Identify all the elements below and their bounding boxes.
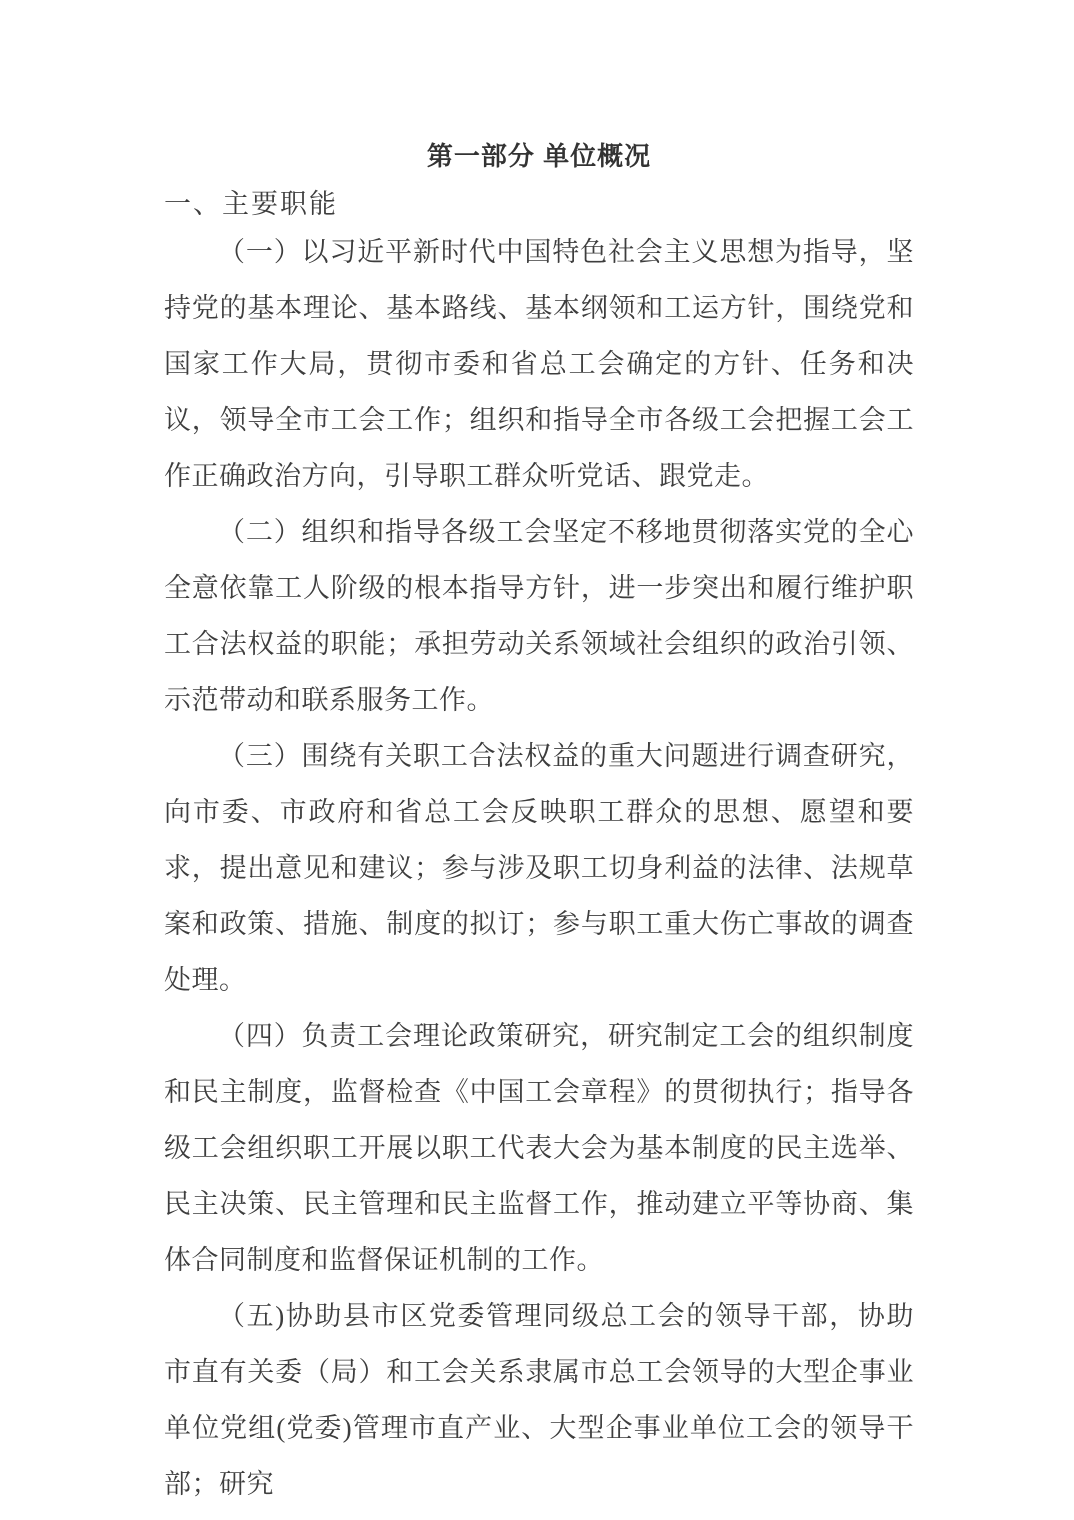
paragraph-function-1: （一）以习近平新时代中国特色社会主义思想为指导，坚持党的基本理论、基本路线、基本… <box>164 224 914 504</box>
document-body: （一）以习近平新时代中国特色社会主义思想为指导，坚持党的基本理论、基本路线、基本… <box>164 224 914 1512</box>
paragraph-function-2: （二）组织和指导各级工会坚定不移地贯彻落实党的全心全意依靠工人阶级的根本指导方针… <box>164 504 914 728</box>
paragraph-function-3: （三）围绕有关职工合法权益的重大问题进行调查研究，向市委、市政府和省总工会反映职… <box>164 728 914 1008</box>
section-heading: 一、主要职能 <box>164 186 914 222</box>
document-page: 第一部分 单位概况 一、主要职能 （一）以习近平新时代中国特色社会主义思想为指导… <box>0 0 1074 1520</box>
paragraph-function-5: （五)协助县市区党委管理同级总工会的领导干部，协助市直有关委（局）和工会关系隶属… <box>164 1288 914 1512</box>
document-title: 第一部分 单位概况 <box>164 140 914 172</box>
paragraph-function-4: （四）负责工会理论政策研究，研究制定工会的组织制度和民主制度，监督检查《中国工会… <box>164 1008 914 1288</box>
